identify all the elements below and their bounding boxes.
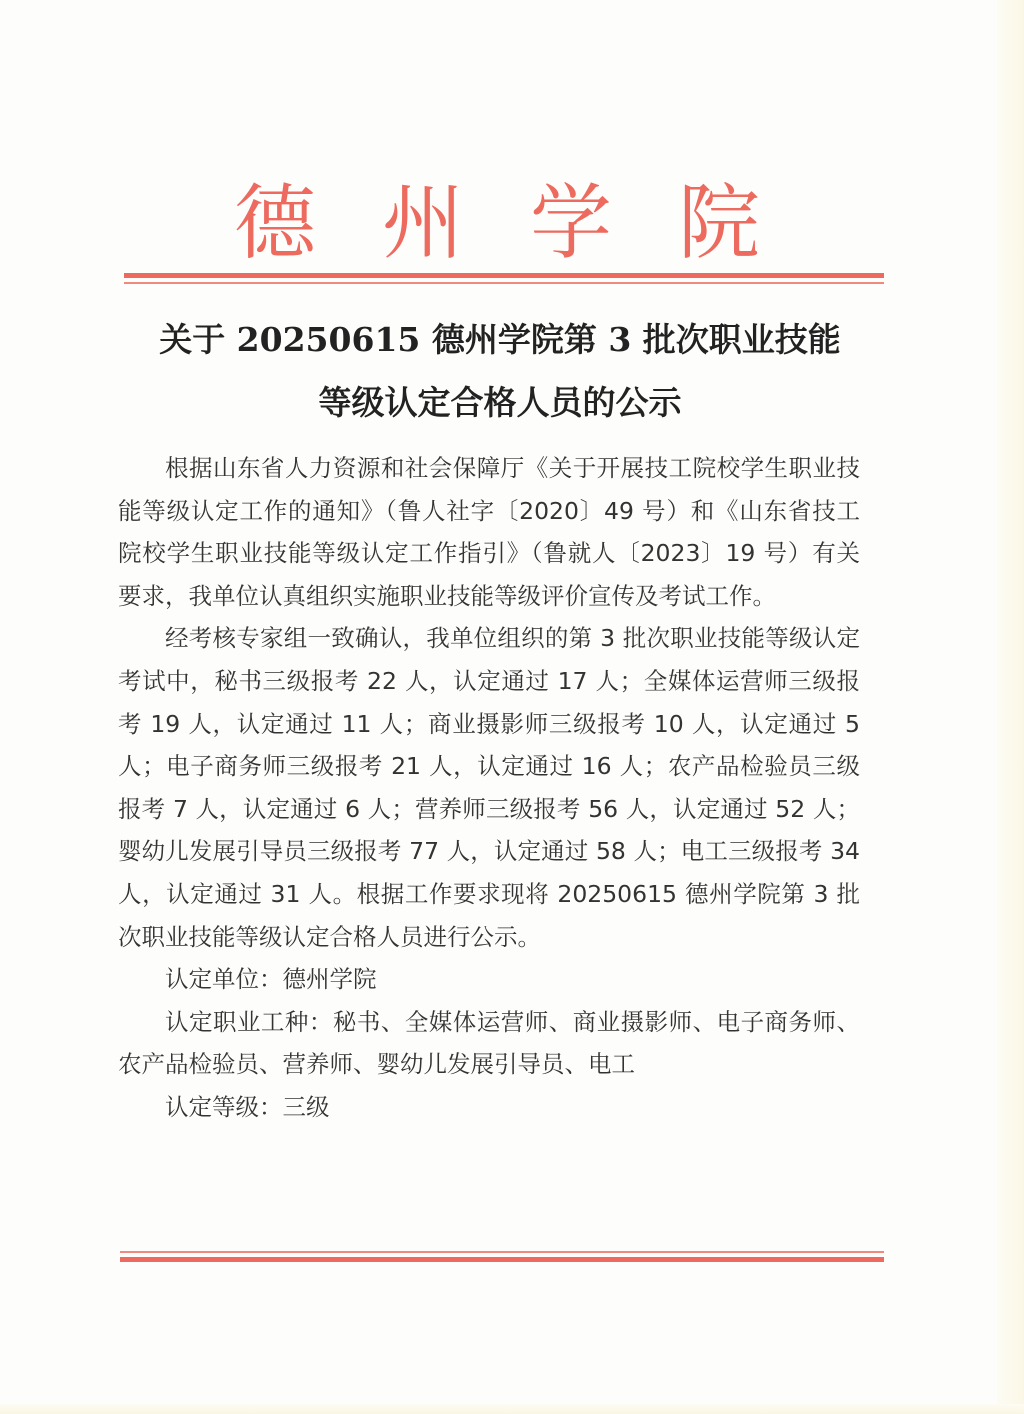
- document-body: 根据山东省人力资源和社会保障厅《关于开展技工院校学生职业技能等级认定工作的通知》…: [118, 447, 860, 1129]
- paragraph-basis: 根据山东省人力资源和社会保障厅《关于开展技工院校学生职业技能等级认定工作的通知》…: [118, 447, 860, 617]
- masthead-institution-name: 德州学院: [0, 176, 1000, 272]
- header-rule-thick: [124, 273, 884, 278]
- header-rule-thin: [124, 282, 884, 284]
- document-title-line-2: 等级认定合格人员的公示: [70, 377, 930, 424]
- paragraph-results: 经考核专家组一致确认，我单位组织的第 3 批次职业技能等级认定考试中，秘书三级报…: [118, 617, 860, 958]
- footer-rule-thin: [120, 1251, 884, 1253]
- document-title-line-1: 关于 20250615 德州学院第 3 批次职业技能: [100, 314, 900, 361]
- scan-edge-right: [997, 0, 1024, 1414]
- footer-rule-thick: [120, 1257, 884, 1262]
- certification-unit: 认定单位：德州学院: [118, 958, 860, 1001]
- scan-edge-bottom: [0, 1404, 1024, 1414]
- certified-occupations: 认定职业工种：秘书、全媒体运营师、商业摄影师、电子商务师、农产品检验员、营养师、…: [118, 1001, 860, 1086]
- certification-level: 认定等级：三级: [118, 1086, 860, 1129]
